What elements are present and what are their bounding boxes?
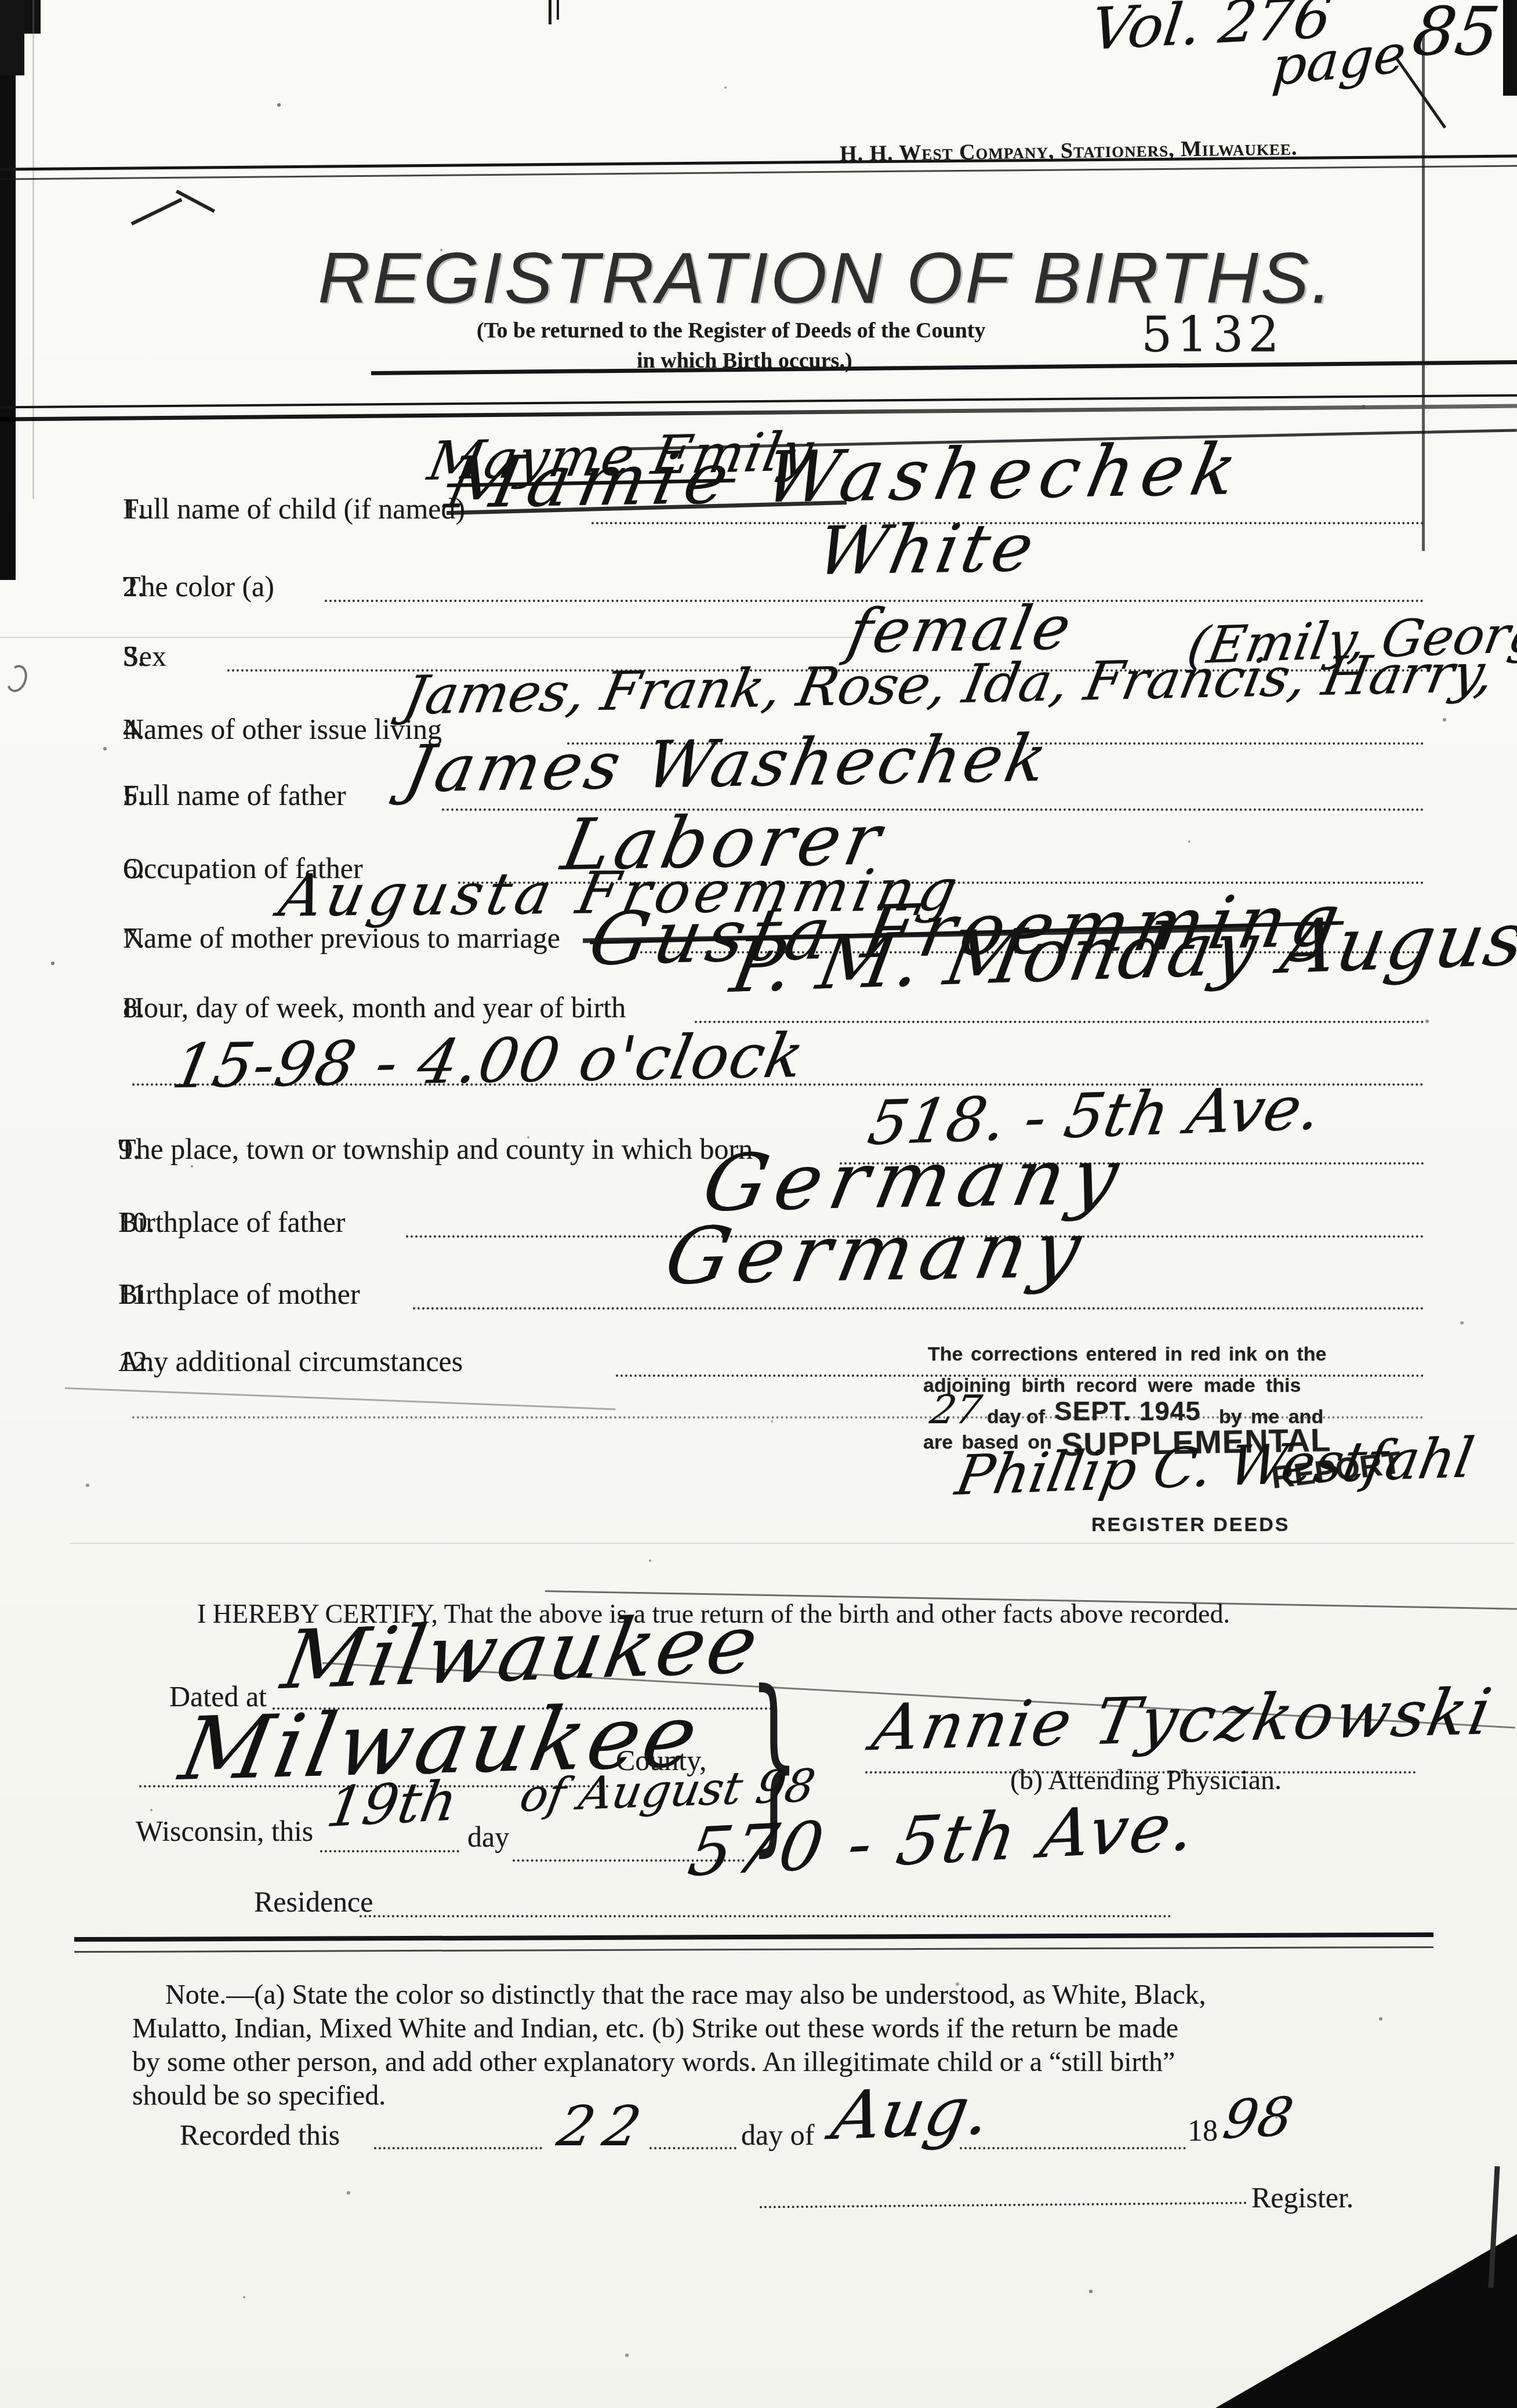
return-instruction-line2: in which Birth occurs.) xyxy=(637,348,852,373)
correction-stamp-date: Sept. 1945 xyxy=(1054,1395,1201,1427)
scan-edge-blob xyxy=(0,0,24,75)
state-line-prefix: Wisconsin, this xyxy=(136,1814,313,1848)
recorded-day-of-label: day of xyxy=(741,2118,814,2152)
dotted-leader xyxy=(960,2147,1186,2149)
correction-stamp-day-of: day of xyxy=(987,1406,1045,1428)
state-day-written: 19th xyxy=(322,1769,462,1840)
register-deeds-title: REGISTER DEEDS xyxy=(1091,1514,1290,1536)
other-issue-answer: James, Frank, Rose, Ida, Francis, Harry, xyxy=(399,642,1500,727)
footer-rule xyxy=(74,1932,1433,1942)
recorded-year-written: 98 xyxy=(1219,2086,1297,2151)
color-answer: White xyxy=(811,509,1043,590)
dotted-leader xyxy=(320,1850,459,1852)
footnote-line4: should be so specified. xyxy=(132,2080,386,2112)
state-day-label: day xyxy=(467,1820,509,1854)
footnote-line3: by some other person, and add other expl… xyxy=(132,2046,1175,2078)
dotted-leader xyxy=(413,1307,1424,1310)
birth-registration-scan: Vol. 276 page 85 H. H. West Company, Sta… xyxy=(0,0,1517,2408)
field-label: Birthplace of mother xyxy=(118,1277,360,1311)
recorded-day-written: 22 xyxy=(552,2095,656,2159)
footnote-line1: Note.—(a) State the color so distinctly … xyxy=(165,1979,1206,2011)
recorded-year-printed: 18 xyxy=(1188,2114,1218,2148)
margin-squiggle xyxy=(3,662,30,695)
footer-rule xyxy=(74,1946,1433,1953)
page-number-annotation: 85 xyxy=(1408,0,1504,71)
field-label: Hour, day of week, month and year of bir… xyxy=(123,991,626,1024)
field-label: Any additional circumstances xyxy=(118,1344,463,1378)
scan-edge-left xyxy=(0,0,16,580)
dotted-leader xyxy=(360,1915,1171,1917)
footnote-line2: Mulatto, Indian, Mixed White and Indian,… xyxy=(132,2012,1178,2044)
field-label: The place, town or township and county i… xyxy=(118,1132,753,1166)
pen-caret-mark xyxy=(131,198,183,225)
recorded-month-written: Aug. xyxy=(826,2072,996,2155)
birth-time-answer-line2: 15-98 - 4.00 o'clock xyxy=(167,1020,811,1102)
title-rule xyxy=(371,360,1517,375)
dotted-leader xyxy=(760,2202,1247,2208)
dotted-leader xyxy=(649,2147,736,2149)
mother-birthplace-answer: Germany xyxy=(658,1203,1096,1302)
field-label: The color (a) xyxy=(123,570,274,603)
scan-corner-bottom-right xyxy=(1215,2234,1517,2408)
field-label: Sex xyxy=(123,639,166,673)
register-label: Register. xyxy=(1251,2181,1353,2214)
field-label: Full name of father xyxy=(123,778,346,812)
dotted-leader xyxy=(374,2147,542,2149)
paper-crease xyxy=(0,637,986,638)
top-tick-mark xyxy=(549,0,551,24)
page-edge-line-right xyxy=(1422,32,1425,551)
printer-imprint: H. H. West Company, Stationers, Milwauke… xyxy=(840,135,1298,166)
recorded-label: Recorded this xyxy=(180,2118,340,2152)
field-label: Full name of child (if named) xyxy=(123,492,465,525)
paper-crease xyxy=(70,1543,1514,1544)
top-tick-mark xyxy=(557,0,559,20)
correction-stamp-line1: The corrections entered in red ink on th… xyxy=(928,1343,1326,1366)
certificate-number: 5132 xyxy=(1141,306,1284,363)
field-label: Birthplace of father xyxy=(118,1205,345,1239)
scan-edge-faint-line xyxy=(32,0,34,499)
return-instruction-line1: (To be returned to the Register of Deeds… xyxy=(477,318,985,343)
physician-signature: Annie Tyczkowski xyxy=(867,1674,1499,1765)
father-name-answer: James Washechek xyxy=(399,721,1057,807)
field-label: Names of other issue living xyxy=(123,712,442,746)
correction-day-written: 27 xyxy=(927,1387,985,1433)
stray-line xyxy=(65,1387,615,1410)
scan-corner-top-right xyxy=(1503,0,1517,96)
residence-label: Residence xyxy=(254,1885,373,1919)
